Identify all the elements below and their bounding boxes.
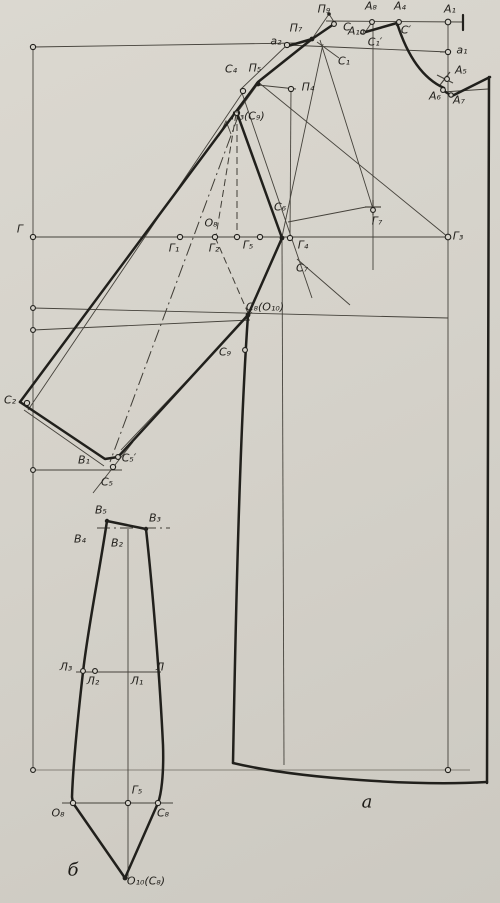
label-a10: А₁₀: [348, 26, 364, 37]
label-fig-a: а: [362, 792, 373, 813]
label-c7: С₇: [296, 263, 308, 274]
label-o8: О₈: [204, 218, 217, 229]
label-c1: С₁: [338, 56, 350, 67]
label-p5: П₅: [249, 63, 262, 74]
label-c8o10: С₈(О₁₀): [246, 302, 284, 313]
label-o10: О₁₀(С₈): [127, 876, 165, 887]
label-a1s: а₁: [456, 45, 467, 56]
label-c5: С₅: [101, 477, 113, 488]
label-c9: С₉: [219, 347, 231, 358]
label-b3: В₃: [149, 513, 161, 524]
construction-lines: [24, 14, 488, 879]
label-c5p: С₅′: [122, 453, 137, 464]
solid-point-markers: [105, 12, 331, 880]
label-g2: Г₂: [209, 243, 220, 254]
label-g3: Г₃: [453, 231, 464, 242]
pattern-outline-heavy: [20, 15, 490, 878]
diagram-stage: П₉СП₇а₂С₁А₈А₄А₁₀С₁′С′А₁а₁А₅А₆А₇С₄П₅П₄П₃(…: [0, 0, 500, 903]
label-g4: Г₄: [298, 240, 309, 251]
label-b5: В₅: [95, 505, 107, 516]
label-p9: П₉: [318, 4, 331, 15]
label-fig-b: б: [68, 860, 79, 881]
label-p4: П₄: [302, 82, 315, 93]
label-a8: А₈: [365, 1, 377, 12]
label-b1: В₁: [78, 455, 90, 466]
label-l1: Л₁: [131, 676, 144, 687]
label-b4: В₄: [74, 534, 86, 545]
label-g1: Г₁: [169, 243, 180, 254]
label-a6: А₆: [429, 91, 441, 102]
label-p3: П₃(С₉): [231, 111, 264, 122]
label-a4: А₄: [394, 1, 406, 12]
point-markers: [24, 12, 453, 880]
label-cp: С′: [401, 25, 411, 36]
label-c6: С₆: [274, 202, 286, 213]
label-p7: П₇: [290, 23, 303, 34]
label-a5: А₅: [455, 65, 467, 76]
pattern-diagram-svg: [0, 0, 500, 903]
label-c1p: С₁′: [368, 37, 383, 48]
label-a2: а₂: [270, 36, 281, 47]
label-g5b: Г₅: [132, 785, 143, 796]
label-c2: С₂: [4, 395, 16, 406]
label-l2: Л₂: [87, 676, 100, 687]
label-g5: Г₅: [243, 240, 254, 251]
label-l3: Л₃: [60, 662, 73, 673]
label-a7: А₇: [453, 95, 465, 106]
label-c8b: С₈: [157, 808, 169, 819]
dashed-lines: [97, 113, 248, 528]
label-a1: А₁: [444, 4, 456, 15]
label-l: Л: [156, 662, 164, 673]
label-c4: С₄: [225, 64, 237, 75]
label-o8b: О₈: [51, 808, 64, 819]
label-g7: Г₇: [372, 216, 383, 227]
label-g: Г: [17, 224, 23, 235]
label-b2: В₂: [111, 538, 123, 549]
